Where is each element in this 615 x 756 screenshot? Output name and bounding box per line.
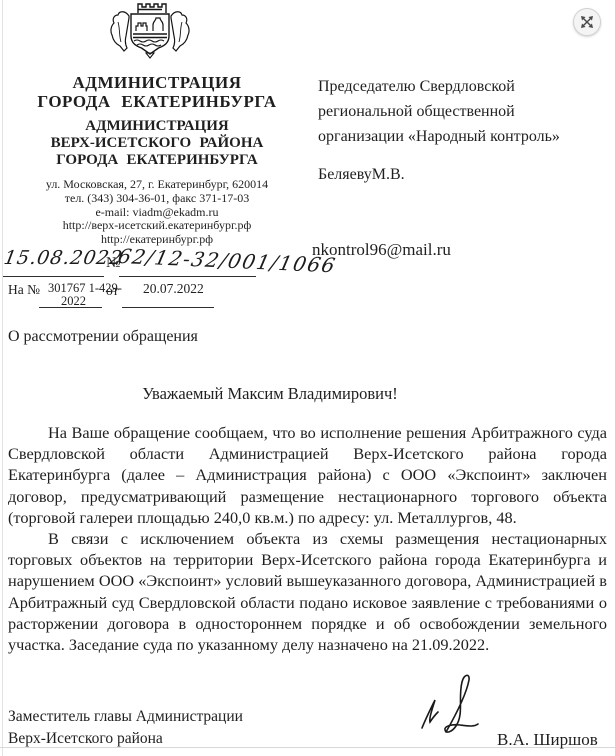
recipient-block: Председателю Свердловской региональной о…: [318, 74, 603, 187]
outgoing-date-handwritten: 15.08.2022: [2, 247, 108, 269]
org-city-line: ГОРОДА ЕКАТЕРИНБУРГА: [12, 92, 302, 111]
signer-name: В.А. Ширшов: [497, 730, 598, 750]
subject-line: О рассмотрении обращения: [8, 328, 198, 346]
recipient-line: Председателю Свердловской: [318, 74, 603, 99]
scanned-letter-page: АДМИНИСТРАЦИЯ ГОРОДА ЕКАТЕРИНБУРГА АДМИН…: [0, 0, 615, 756]
recipient-name: БеляевуМ.В.: [318, 162, 603, 187]
incoming-number-underline: [39, 307, 102, 308]
signer-position-line: Верх-Исетского района: [8, 728, 243, 750]
org-name-city: АДМИНИСТРАЦИЯ ГОРОДА ЕКАТЕРИНБУРГА: [12, 73, 302, 111]
org-name-district: АДМИНИСТРАЦИЯ ВЕРХ-ИСЕТСКОГО РАЙОНА ГОРО…: [12, 118, 302, 169]
date-underline: [3, 276, 104, 277]
signer-position: Заместитель главы Администрации Верх-Исе…: [8, 706, 243, 750]
letterhead-site-district: http://верх-исетский.екатеринбург.рф: [12, 219, 302, 233]
org-district-line: ВЕРХ-ИСЕТСКОГО РАЙОНА: [12, 135, 302, 152]
signer-position-line: Заместитель главы Администрации: [8, 706, 243, 728]
org-city-line: АДМИНИСТРАЦИЯ: [12, 73, 302, 92]
number-underline: [119, 276, 256, 277]
outgoing-number-handwritten: 62/12-32/001/1066: [116, 244, 339, 277]
body-paragraph: В связи с исключением объекта из схемы р…: [8, 528, 607, 655]
letterhead-address: ул. Московская, 27, г. Екатеринбург, 620…: [12, 178, 302, 192]
from-label: от: [106, 283, 118, 299]
body-paragraph: На Ваше обращение сообщаем, что во испол…: [8, 422, 607, 528]
letterhead: АДМИНИСТРАЦИЯ ГОРОДА ЕКАТЕРИНБУРГА АДМИН…: [12, 73, 302, 247]
expand-button[interactable]: [573, 8, 601, 36]
coat-of-arms-icon: [100, 0, 200, 60]
expand-arrows-icon: [578, 13, 596, 31]
incoming-date-underline: [122, 307, 214, 308]
letterhead-email: e-mail: viadm@ekadm.ru: [12, 206, 302, 220]
incoming-ref-label: На №: [8, 282, 40, 298]
recipient-line: региональной общественной: [318, 99, 603, 124]
letter-body: На Ваше обращение сообщаем, что во испол…: [8, 422, 607, 655]
scan-edge-line: [2, 0, 3, 756]
incoming-date: 20.07.2022: [143, 281, 204, 297]
org-district-line: АДМИНИСТРАЦИЯ: [12, 118, 302, 135]
org-district-line: ГОРОДА ЕКАТЕРИНБУРГА: [12, 152, 302, 169]
salutation: Уважаемый Максим Владимирович!: [0, 384, 540, 404]
recipient-line: организации «Народный контроль»: [318, 124, 603, 149]
signature-scribble: [408, 666, 503, 750]
letterhead-contacts: ул. Московская, 27, г. Екатеринбург, 620…: [12, 178, 302, 247]
letterhead-phone: тел. (343) 304-36-01, факс 371-17-03: [12, 192, 302, 206]
